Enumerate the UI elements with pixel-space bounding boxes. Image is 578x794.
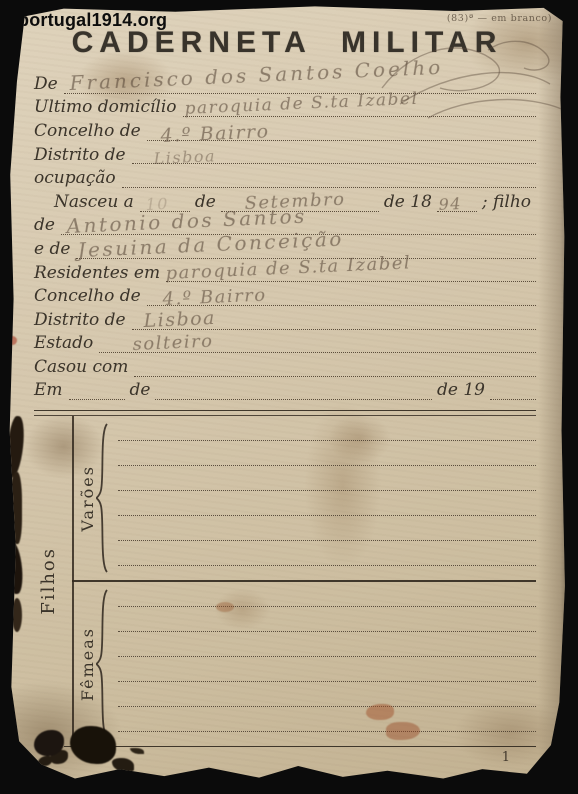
field-ultimo-domicilio: Ultimo domicílio paroquia de S.ta Izabel — [34, 94, 536, 118]
field-label: Casou com — [34, 359, 134, 377]
table-bottom-rule — [64, 746, 536, 747]
field-label: Residentes em — [34, 265, 166, 283]
field-label: Concelho de — [34, 288, 147, 306]
stain — [8, 336, 17, 345]
varoes-label: Varões — [78, 465, 97, 532]
field-concelho-2: Concelho de 4.º Bairro — [34, 282, 536, 306]
blank-line — [118, 707, 536, 732]
field-label: de — [125, 382, 156, 400]
varoes-section: Varões — [34, 416, 536, 580]
handwritten-entry: Lisboa — [143, 308, 216, 330]
document-page: portugal1914.org (83)ª — em branco) CADE… — [8, 4, 566, 780]
field-concelho-1: Concelho de 4.º Bairro — [34, 117, 536, 141]
field-label: Distrito de — [34, 147, 132, 165]
field-label: Nasceu a — [34, 194, 140, 212]
handwritten-entry: paroquia de S.ta Izabel — [165, 255, 411, 284]
handwritten-entry: paroquia de S.ta Izabel — [184, 91, 419, 118]
field-ocupacao: ocupação — [34, 164, 536, 188]
field-label: ; filho — [477, 194, 536, 212]
field-mae: e de Jesuina da Conceição — [34, 235, 536, 259]
femeas-section: Fêmeas — [34, 582, 536, 746]
field-label: de 18 — [379, 194, 437, 212]
handwritten-entry: solteiro — [132, 333, 214, 355]
field-distrito-2: Distrito de Lisboa — [34, 306, 536, 330]
blank-line — [118, 466, 536, 491]
field-label: de — [34, 217, 61, 235]
blank-line — [118, 416, 536, 441]
blank-line — [118, 441, 536, 466]
blank-line — [118, 657, 536, 682]
ink-blot — [34, 730, 64, 756]
stain — [366, 704, 394, 720]
binding-damage — [12, 598, 22, 632]
page-number: 1 — [502, 750, 510, 765]
brace-glyph — [96, 422, 110, 574]
stain — [216, 602, 234, 612]
ink-blot — [70, 726, 116, 764]
field-label: e de — [34, 241, 76, 259]
field-casou-com: Casou com — [34, 353, 536, 377]
field-label: De — [34, 76, 64, 94]
field-residentes: Residentes em paroquia de S.ta Izabel — [34, 259, 536, 283]
binding-damage — [5, 415, 26, 478]
field-label: Estado — [34, 335, 99, 353]
blank-line — [118, 607, 536, 632]
binding-damage — [10, 472, 22, 544]
blank-line — [118, 682, 536, 707]
femeas-label: Fêmeas — [78, 627, 97, 701]
blank-line — [118, 582, 536, 607]
blank-line — [118, 491, 536, 516]
brace-glyph — [96, 588, 110, 740]
field-label: Concelho de — [34, 123, 147, 141]
field-label: Ultimo domicílio — [34, 99, 183, 117]
identity-form: De Francisco dos Santos Coelho Ultimo do… — [34, 70, 536, 400]
field-label: Distrito de — [34, 312, 132, 330]
handwritten-entry: Francisco dos Santos Coelho — [69, 56, 443, 92]
blank-line — [118, 541, 536, 566]
field-distrito-1: Distrito de Lisboa — [34, 141, 536, 165]
field-label: ocupação — [34, 170, 122, 188]
field-label: de 19 — [432, 382, 490, 400]
binding-damage — [6, 541, 24, 594]
blank-line — [118, 632, 536, 657]
scanned-document: portugal1914.org (83)ª — em branco) CADE… — [0, 0, 578, 794]
field-em-data: Em de de 19 — [34, 377, 536, 401]
blank-line — [118, 516, 536, 541]
corner-note: (83)ª — em branco) — [447, 13, 552, 24]
page-title: CADERNETA MILITAR — [8, 26, 566, 60]
field-de: De Francisco dos Santos Coelho — [34, 70, 536, 94]
field-estado: Estado solteiro — [34, 330, 536, 354]
filhos-table: Filhos Varões — [34, 410, 536, 747]
field-label: Em — [34, 382, 69, 400]
